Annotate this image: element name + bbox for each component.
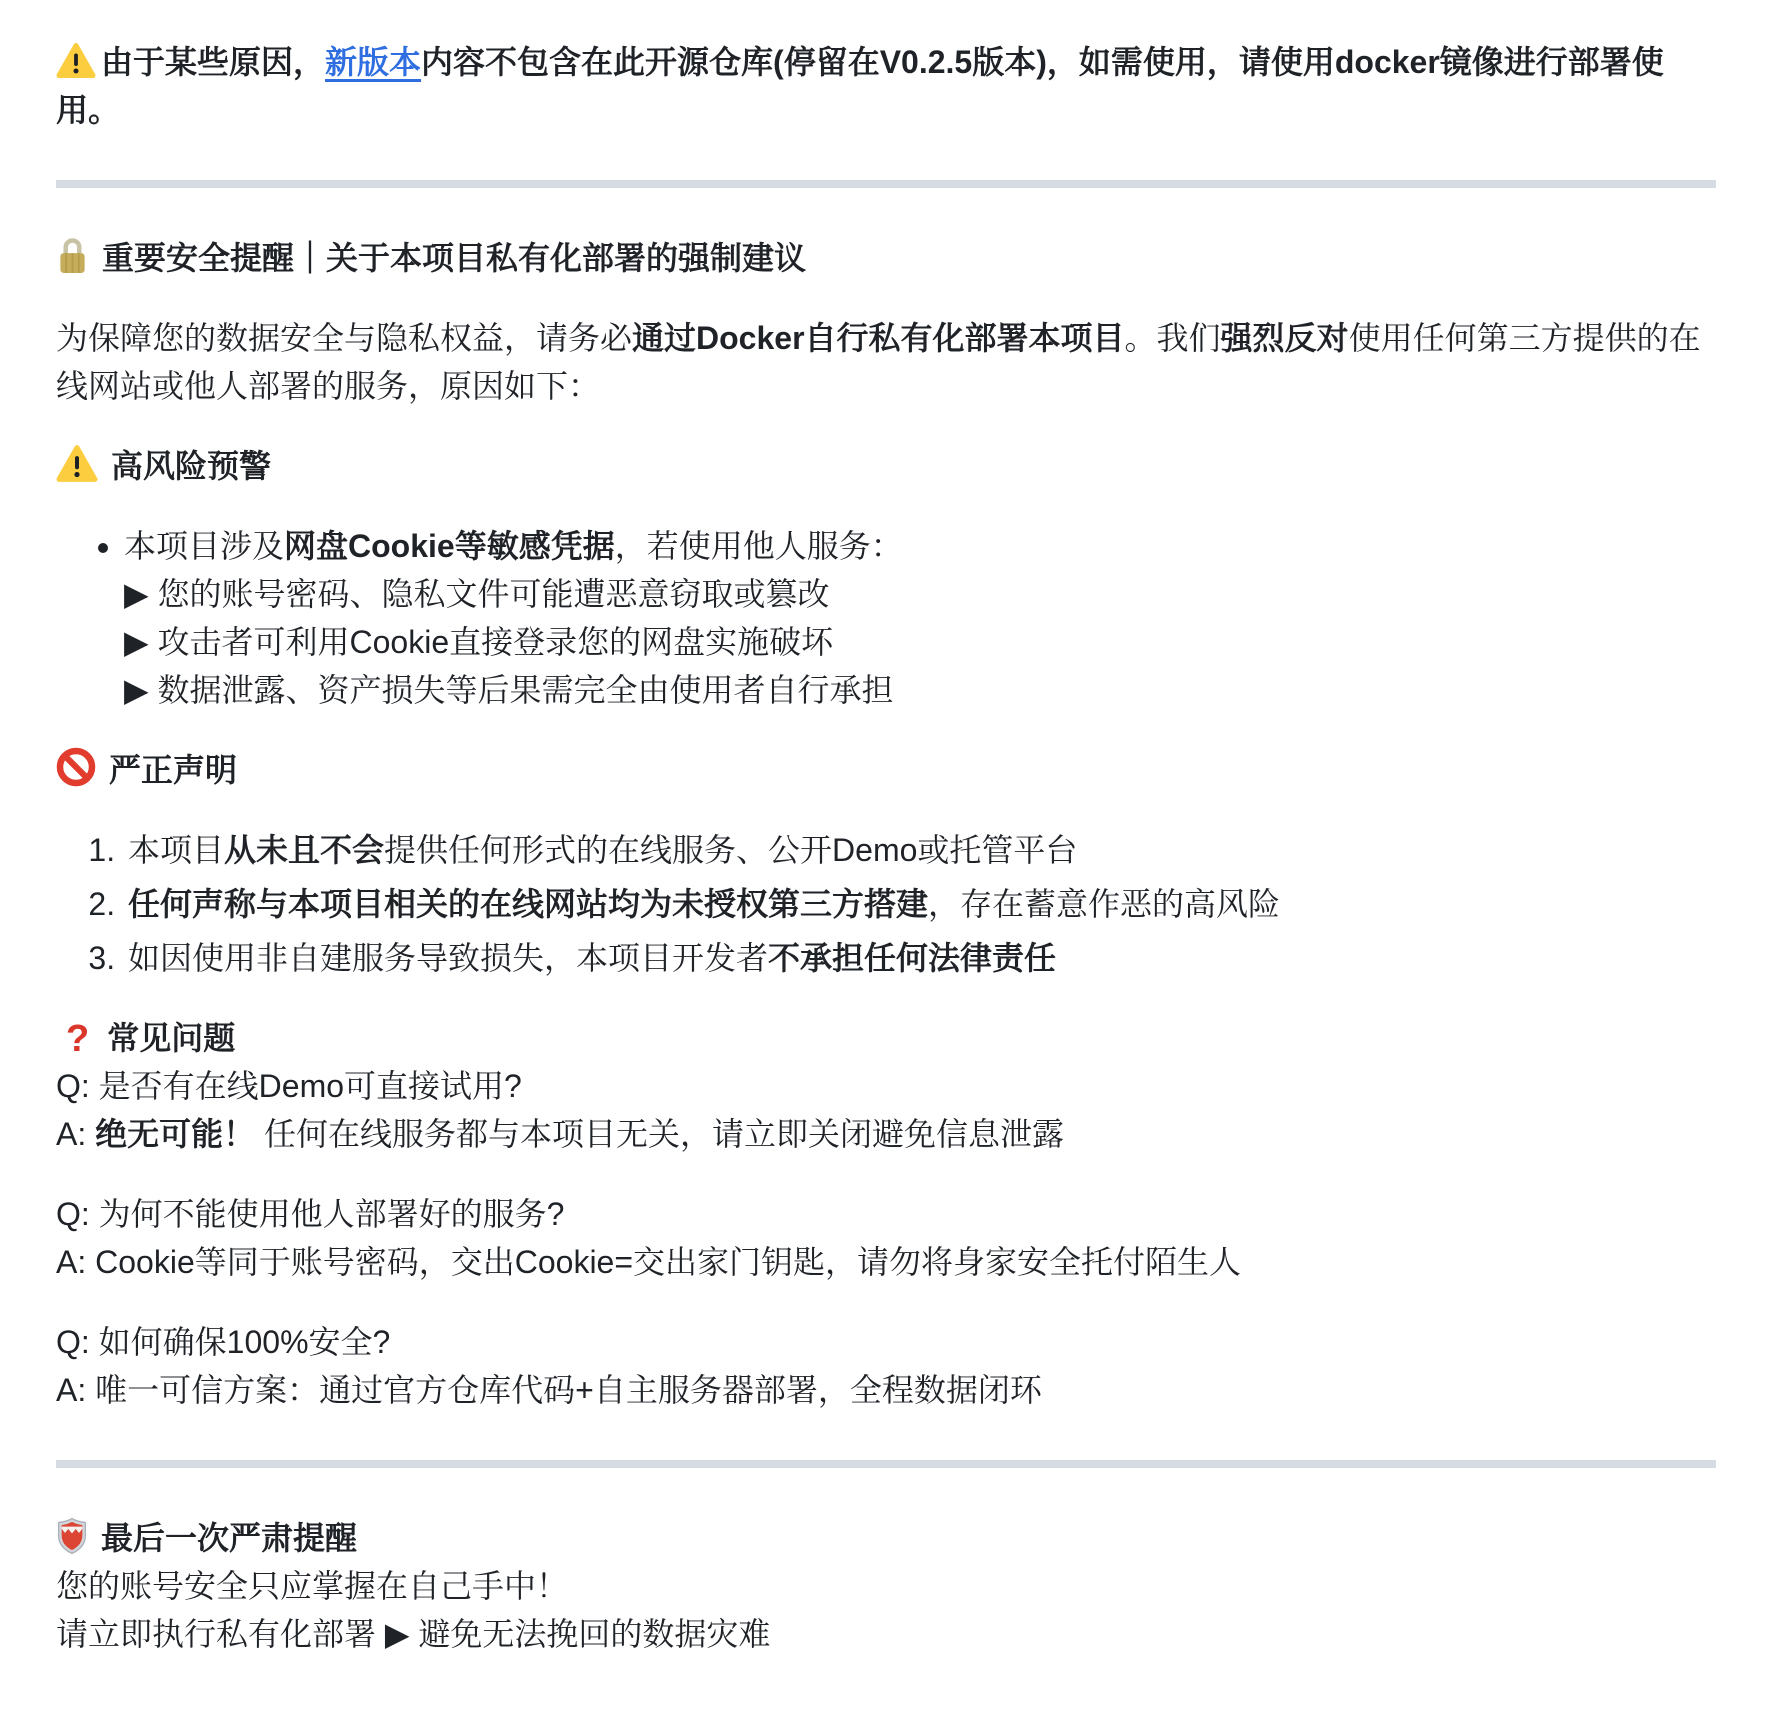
- intro-run-bold: 通过Docker自行私有化部署本项目: [632, 320, 1125, 356]
- faq-question: Q: 是否有在线Demo可直接试用?: [56, 1068, 522, 1104]
- final-heading-text: 最后一次严肃提醒: [101, 1520, 357, 1556]
- bottom-divider: [56, 1460, 1716, 1468]
- statement-run: 如因使用非自建服务导致损失，本项目开发者: [128, 940, 768, 976]
- no-entry-icon: [56, 747, 96, 787]
- warning-icon: [56, 41, 96, 79]
- statement-run-bold: 任何声称与本项目相关的在线网站均为未授权第三方搭建: [128, 886, 928, 922]
- faq-question: Q: 为何不能使用他人部署好的服务?: [56, 1196, 564, 1232]
- risk-heading-text: 高风险预警: [111, 448, 271, 484]
- top-warning-prefix: 由于某些原因，: [101, 44, 325, 80]
- statement-run: 本项目: [128, 832, 224, 868]
- statement-run-bold: 不承担任何法律责任: [768, 940, 1056, 976]
- faq-answer: A: 唯一可信方案：通过官方仓库代码+自主服务器部署，全程数据闭环: [56, 1372, 1042, 1408]
- top-warning-paragraph: 由于某些原因，新版本内容不包含在此开源仓库(停留在V0.2.5版本)，如需使用，…: [56, 38, 1716, 134]
- faq-answer-prefix: A:: [56, 1116, 95, 1152]
- question-icon: ?: [66, 1020, 89, 1058]
- risk-sub-item: ▶ 攻击者可利用Cookie直接登录您的网盘实施破坏: [124, 624, 833, 660]
- statement-item-2: 任何声称与本项目相关的在线网站均为未授权第三方搭建，存在蓄意作恶的高风险: [124, 880, 1716, 928]
- statement-item-1: 本项目从未且不会提供任何形式的在线服务、公开Demo或托管平台: [124, 826, 1716, 874]
- lock-icon: [56, 236, 89, 275]
- final-line-2: 请立即执行私有化部署 ▶ 避免无法挽回的数据灾难: [56, 1616, 770, 1652]
- statement-run: 提供任何形式的在线服务、公开Demo或托管平台: [384, 832, 1077, 868]
- new-version-link[interactable]: 新版本: [325, 44, 421, 80]
- faq-answer-rest: 任何在线服务都与本项目无关，请立即关闭避免信息泄露: [255, 1116, 1064, 1152]
- faq-answer-bold: 绝无可能！: [95, 1116, 255, 1152]
- statement-run-bold: 从未且不会: [224, 832, 384, 868]
- faq-block-2: Q: 为何不能使用他人部署好的服务? A: Cookie等同于账号密码，交出Co…: [56, 1190, 1716, 1286]
- faq-answer: A: Cookie等同于账号密码，交出Cookie=交出家门钥匙，请勿将身家安全…: [56, 1244, 1241, 1280]
- faq-block-3: Q: 如何确保100%安全? A: 唯一可信方案：通过官方仓库代码+自主服务器部…: [56, 1318, 1716, 1414]
- security-heading-text: 重要安全提醒｜关于本项目私有化部署的强制建议: [102, 240, 806, 276]
- warning-icon: [56, 443, 98, 483]
- shield-icon: [56, 1517, 88, 1555]
- top-divider: [56, 180, 1716, 188]
- faq-block-1: ?常见问题 Q: 是否有在线Demo可直接试用? A: 绝无可能！ 任何在线服务…: [56, 1014, 1716, 1158]
- statement-run: ，存在蓄意作恶的高风险: [928, 886, 1280, 922]
- statement-item-3: 如因使用非自建服务导致损失，本项目开发者不承担任何法律责任: [124, 934, 1716, 982]
- statement-heading: 严正声明: [56, 746, 1716, 794]
- risk-sub-item: ▶ 数据泄露、资产损失等后果需完全由使用者自行承担: [124, 672, 894, 708]
- security-heading: 重要安全提醒｜关于本项目私有化部署的强制建议: [56, 234, 1716, 282]
- risk-list: 本项目涉及网盘Cookie等敏感凭据，若使用他人服务： ▶ 您的账号密码、隐私文…: [56, 522, 1716, 714]
- faq-question: Q: 如何确保100%安全?: [56, 1324, 390, 1360]
- intro-run: 为保障您的数据安全与隐私权益，请务必: [56, 320, 632, 356]
- statement-list: 本项目从未且不会提供任何形式的在线服务、公开Demo或托管平台 任何声称与本项目…: [56, 826, 1716, 982]
- faq-heading-text: 常见问题: [107, 1020, 235, 1056]
- statement-heading-text: 严正声明: [109, 752, 237, 788]
- security-intro-paragraph: 为保障您的数据安全与隐私权益，请务必通过Docker自行私有化部署本项目。我们强…: [56, 314, 1716, 410]
- risk-list-item: 本项目涉及网盘Cookie等敏感凭据，若使用他人服务： ▶ 您的账号密码、隐私文…: [124, 522, 1716, 714]
- final-line-1: 您的账号安全只应掌握在自己手中！: [56, 1568, 568, 1604]
- risk-run-bold: 网盘Cookie等敏感凭据: [284, 528, 615, 564]
- risk-run: ，若使用他人服务：: [615, 528, 903, 564]
- risk-sub-item: ▶ 您的账号密码、隐私文件可能遭恶意窃取或篡改: [124, 576, 830, 612]
- intro-run: 。我们: [1125, 320, 1221, 356]
- risk-run: 本项目涉及: [124, 528, 284, 564]
- risk-heading: 高风险预警: [56, 442, 1716, 490]
- readme-document: 由于某些原因，新版本内容不包含在此开源仓库(停留在V0.2.5版本)，如需使用，…: [0, 0, 1772, 1734]
- intro-run-bold: 强烈反对: [1221, 320, 1349, 356]
- final-warning-block: 最后一次严肃提醒 您的账号安全只应掌握在自己手中！ 请立即执行私有化部署 ▶ 避…: [56, 1514, 1716, 1658]
